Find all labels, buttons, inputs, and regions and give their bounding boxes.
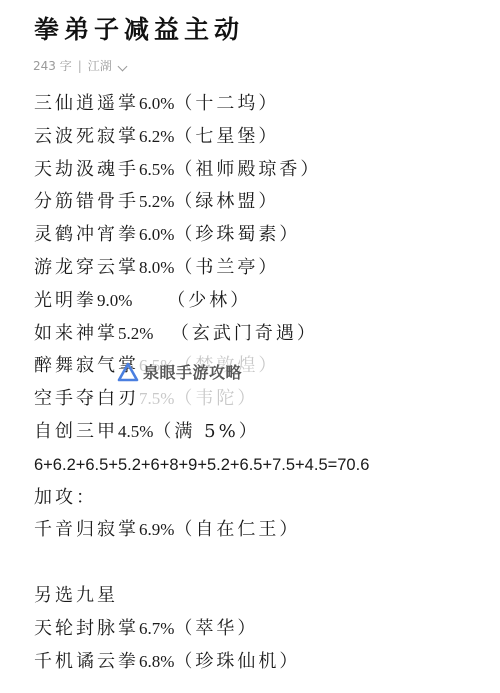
skill-value: 8.0% xyxy=(139,258,174,277)
skill-value: 6.8% xyxy=(139,652,174,671)
article-meta: 243 字 | 江湖 xyxy=(33,57,126,74)
skill-value: 6.7% xyxy=(139,619,174,638)
skill-name: 空手夺白刃 xyxy=(34,388,139,409)
list-item: 空手夺白刃7.5%（韦陀） xyxy=(34,383,494,416)
list-item: 光明拳9.0% （少林） xyxy=(34,285,494,318)
skill-name: 云波死寂掌 xyxy=(34,126,139,147)
skill-source: （韦陀） xyxy=(174,388,258,409)
list-item: 千机谲云拳6.8%（珍珠仙机） xyxy=(34,646,494,679)
category-dropdown[interactable]: 江湖 xyxy=(88,57,126,74)
skill-name: 自创三甲 xyxy=(34,421,118,442)
meta-separator: | xyxy=(78,59,82,73)
list-item: 分筋错骨手5.2%（绿林盟） xyxy=(34,186,494,219)
skill-name: 三仙逍遥掌 xyxy=(34,93,139,114)
triangle-logo-icon xyxy=(117,361,139,383)
category-label: 江湖 xyxy=(88,59,112,73)
article-title: 拳弟子减益主动 xyxy=(34,10,244,46)
skill-value: 5.2% xyxy=(118,324,153,343)
list-item: 自创三甲4.5%（满 5%） xyxy=(34,416,494,449)
skill-source: （珍珠蜀素） xyxy=(174,224,300,245)
skill-value: 7.5% xyxy=(139,389,174,408)
nine-star-heading: 另选九星 xyxy=(34,580,494,613)
skill-name: 如来神掌 xyxy=(34,323,118,344)
list-item: 天轮封脉掌6.7%（萃华） xyxy=(34,613,494,646)
skill-value: 4.5% xyxy=(118,422,153,441)
list-item: 醉舞寂气掌6.5%（梦敦煌） xyxy=(34,350,494,383)
chevron-down-icon xyxy=(117,62,127,72)
word-count: 243 字 xyxy=(33,57,72,74)
skill-value: 6.2% xyxy=(139,127,174,146)
skill-name: 千音归寂掌 xyxy=(34,519,139,540)
skill-name: 分筋错骨手 xyxy=(34,191,139,212)
watermark-text: 泉眼手游攻略 xyxy=(143,360,242,383)
skill-source: （玄武门奇遇） xyxy=(153,323,317,344)
skill-source: （七星堡） xyxy=(174,126,279,147)
skill-name: 千机谲云拳 xyxy=(34,651,139,672)
skill-value: 5.2% xyxy=(139,192,174,211)
skill-source: （萃华） xyxy=(174,618,258,639)
skill-value: 6.9% xyxy=(139,520,174,539)
skill-source: （十二坞） xyxy=(174,93,279,114)
skill-source: （满 5%） xyxy=(153,421,259,442)
article-body: 三仙逍遥掌6.0%（十二坞） 云波死寂掌6.2%（七星堡） 天劫汲魂手6.5%（… xyxy=(34,88,494,679)
sum-formula: 6+6.2+6.5+5.2+6+8+9+5.2+6.5+7.5+4.5=70.6 xyxy=(34,449,494,482)
skill-value: 6.0% xyxy=(139,94,174,113)
list-item: 如来神掌5.2% （玄武门奇遇） xyxy=(34,318,494,351)
spacer xyxy=(34,547,494,580)
list-item: 游龙穿云掌8.0%（书兰亭） xyxy=(34,252,494,285)
list-item: 三仙逍遥掌6.0%（十二坞） xyxy=(34,88,494,121)
skill-source: （书兰亭） xyxy=(174,257,279,278)
list-item: 云波死寂掌6.2%（七星堡） xyxy=(34,121,494,154)
list-item: 天劫汲魂手6.5%（祖师殿琼香） xyxy=(34,154,494,187)
skill-value: 9.0% xyxy=(97,291,132,310)
skill-source: （少林） xyxy=(132,290,251,311)
skill-source: （绿林盟） xyxy=(174,191,279,212)
list-item: 千音归寂掌6.9%（自在仁王） xyxy=(34,514,494,547)
skill-name: 游龙穿云掌 xyxy=(34,257,139,278)
list-item: 灵鹤冲宵拳6.0%（珍珠蜀素） xyxy=(34,219,494,252)
skill-name: 灵鹤冲宵拳 xyxy=(34,224,139,245)
skill-value: 6.5% xyxy=(139,160,174,179)
skill-source: （珍珠仙机） xyxy=(174,651,300,672)
skill-source: （祖师殿琼香） xyxy=(174,159,321,180)
skill-name: 天劫汲魂手 xyxy=(34,159,139,180)
skill-value: 6.0% xyxy=(139,225,174,244)
skill-name: 光明拳 xyxy=(34,290,97,311)
skill-name: 天轮封脉掌 xyxy=(34,618,139,639)
attack-heading: 加攻： xyxy=(34,482,494,515)
skill-source: （自在仁王） xyxy=(174,519,300,540)
watermark: 泉眼手游攻略 xyxy=(117,360,242,383)
